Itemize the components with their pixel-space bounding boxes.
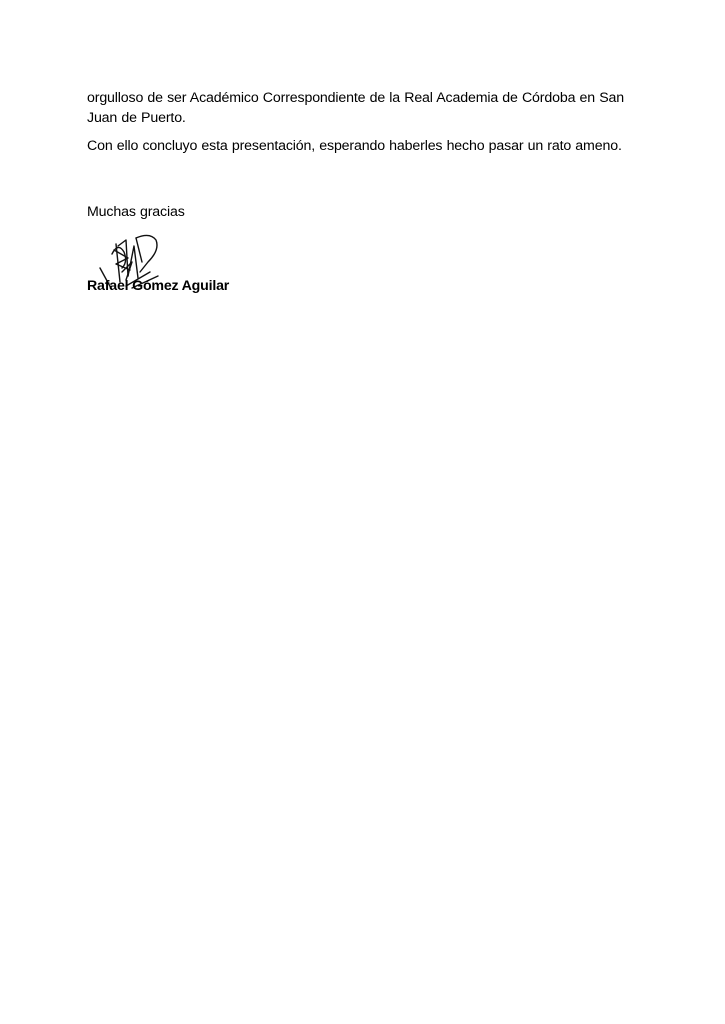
paragraph-academic-membership: orgulloso de ser Académico Correspondien… [87,88,639,128]
paragraph-conclusion: Con ello concluyo esta presentación, esp… [87,136,639,156]
signatory-name: Rafael Gómez Aguilar [87,276,229,296]
document-page: orgulloso de ser Académico Correspondien… [0,0,725,1024]
paragraph-thanks: Muchas gracias [87,202,639,222]
